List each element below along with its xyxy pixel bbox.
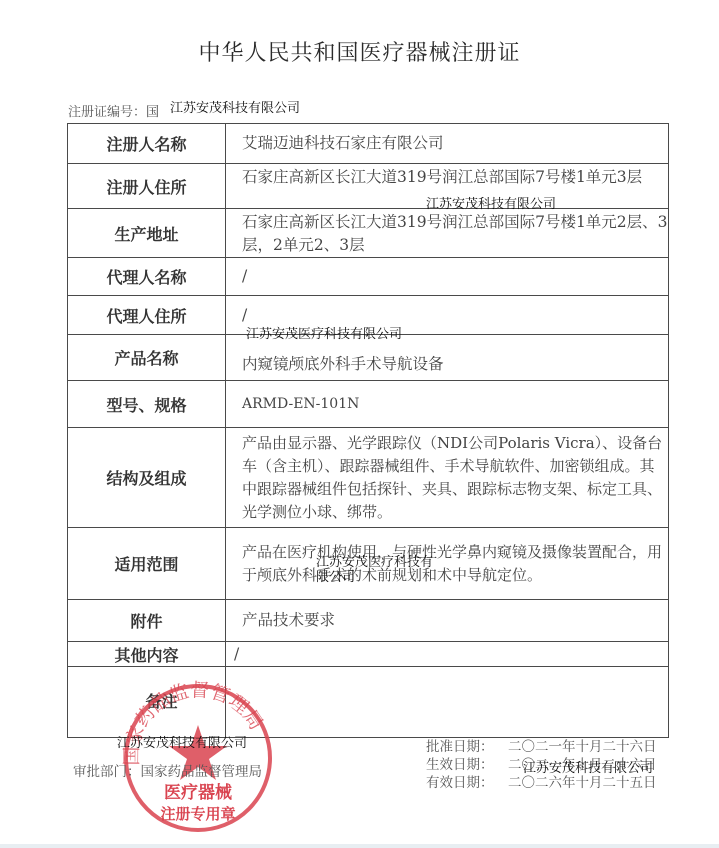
table-row: 适用范围 产品在医疗机构使用，与硬性光学鼻内窥镜及摄像装置配合，用于颅底外科手术… [68,528,669,600]
table-row: 其他内容 / [68,642,669,667]
row-label: 代理人名称 [68,258,226,296]
row-label: 型号、规格 [68,381,226,428]
row-label: 适用范围 [68,528,226,600]
approval-dept: 审批部门：国家药品监督管理局 [73,760,262,780]
table-row: 产品名称 内窥镜颅底外科手术导航设备 [68,335,669,381]
row-value: 艾瑞迈迪科技石家庄有限公司 [226,124,669,164]
approval-dept-value: 国家药品监督管理局 [141,764,263,780]
table-row: 注册人名称 艾瑞迈迪科技石家庄有限公司 [68,124,669,164]
bottom-edge [0,844,719,848]
row-value: / [226,258,669,296]
row-value: 产品技术要求 [226,600,669,642]
row-value: 石家庄高新区长江大道319号润江总部国际7号楼1单元3层 [226,164,669,209]
registration-number-value: 国 [146,105,159,120]
seal-line2: 注册专用章 [160,805,235,823]
row-value: 产品由显示器、光学跟踪仪（NDI公司Polaris Vicra）、设备台车（含主… [226,428,669,528]
certificate-table: 注册人名称 艾瑞迈迪科技石家庄有限公司 注册人住所 石家庄高新区长江大道319号… [67,123,669,738]
row-label: 代理人住所 [68,296,226,335]
row-value: ARMD-EN-101N [226,381,669,428]
registration-number: 注册证编号：国 [68,101,159,120]
dates-block: 批准日期：二〇二一年十月二十六日 生效日期：二〇二一年十月二十六日 有效日期：二… [426,738,657,792]
expiry-date: 有效日期：二〇二六年十月二十五日 [426,774,657,792]
registration-number-label: 注册证编号： [68,105,146,120]
table-row: 型号、规格 ARMD-EN-101N [68,381,669,428]
table-row: 附件 产品技术要求 [68,600,669,642]
row-value: 石家庄高新区长江大道319号润江总部国际7号楼1单元2层、3层，2单元2、3层 [226,209,669,258]
row-value: / [226,642,669,667]
table-row: 结构及组成 产品由显示器、光学跟踪仪（NDI公司Polaris Vicra）、设… [68,428,669,528]
row-label: 注册人住所 [68,164,226,209]
official-seal-icon: 国家药品监督管理局 医疗器械 注册专用章 [118,680,278,835]
row-label: 注册人名称 [68,124,226,164]
approval-date: 批准日期：二〇二一年十月二十六日 [426,738,657,756]
row-label: 结构及组成 [68,428,226,528]
row-value: 内窥镜颅底外科手术导航设备 [226,335,669,381]
table-row: 注册人住所 石家庄高新区长江大道319号润江总部国际7号楼1单元3层 [68,164,669,209]
table-row: 生产地址 石家庄高新区长江大道319号润江总部国际7号楼1单元2层、3层，2单元… [68,209,669,258]
document-title: 中华人民共和国医疗器械注册证 [0,36,719,67]
table-row: 代理人名称 / [68,258,669,296]
watermark: 江苏安茂科技有限公司 [170,101,305,116]
row-value: 产品在医疗机构使用，与硬性光学鼻内窥镜及摄像装置配合，用于颅底外科手术的术前规划… [226,528,669,600]
row-label: 其他内容 [68,642,226,667]
row-label: 附件 [68,600,226,642]
row-label: 生产地址 [68,209,226,258]
row-value: / [226,296,669,335]
row-value [226,667,669,738]
table-row: 代理人住所 / [68,296,669,335]
seal-line1: 医疗器械 [164,782,233,803]
row-label: 产品名称 [68,335,226,381]
effective-date: 生效日期：二〇二一年十月二十六日 [426,756,657,774]
approval-dept-label: 审批部门： [73,764,141,780]
